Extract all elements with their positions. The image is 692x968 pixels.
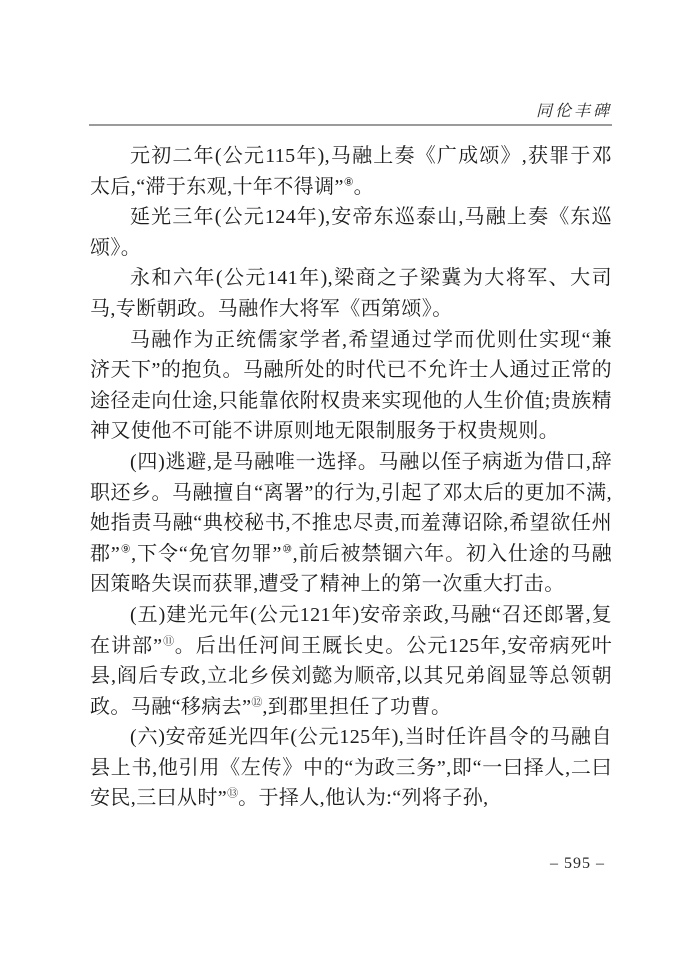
footnote-marker: ⑧ xyxy=(344,176,354,188)
footnote-marker: ⑬ xyxy=(227,788,238,800)
paragraph: 延光三年(公元124年),安帝东巡泰山,马融上奏《东巡颂》。 xyxy=(90,202,612,263)
header-rule xyxy=(89,124,612,126)
paragraph: (五)建光元年(公元121年)安帝亲政,马融“召还郎署,复在讲部”⑪。后出任河间… xyxy=(90,600,612,722)
paragraph: 永和六年(公元141年),梁商之子梁冀为大将军、大司马,专断朝政。马融作大将军《… xyxy=(90,263,612,324)
book-page: 同伦丰碑 元初二年(公元115年),马融上奏《广成颂》,获罪于邓太后,“滞于东观… xyxy=(0,0,692,968)
footnote-marker: ⑫ xyxy=(251,696,262,708)
running-head-title: 同伦丰碑 xyxy=(90,98,612,121)
paragraph: 元初二年(公元115年),马融上奏《广成颂》,获罪于邓太后,“滞于东观,十年不得… xyxy=(90,141,612,202)
paragraph: (四)逃避,是马融唯一选择。马融以侄子病逝为借口,辞职还乡。马融擅自“离署”的行… xyxy=(90,447,612,600)
body-text: 元初二年(公元115年),马融上奏《广成颂》,获罪于邓太后,“滞于东观,十年不得… xyxy=(90,141,612,814)
paragraph: (六)安帝延光四年(公元125年),当时任许昌令的马融自县上书,他引用《左传》中… xyxy=(90,722,612,814)
footnote-marker: ⑩ xyxy=(282,543,293,555)
footnote-marker: ⑨ xyxy=(120,543,131,555)
footnote-marker: ⑪ xyxy=(162,635,174,647)
paragraph: 马融作为正统儒家学者,希望通过学而优则仕实现“兼济天下”的抱负。马融所处的时代已… xyxy=(90,325,612,447)
page-number: – 595 – xyxy=(90,855,605,873)
